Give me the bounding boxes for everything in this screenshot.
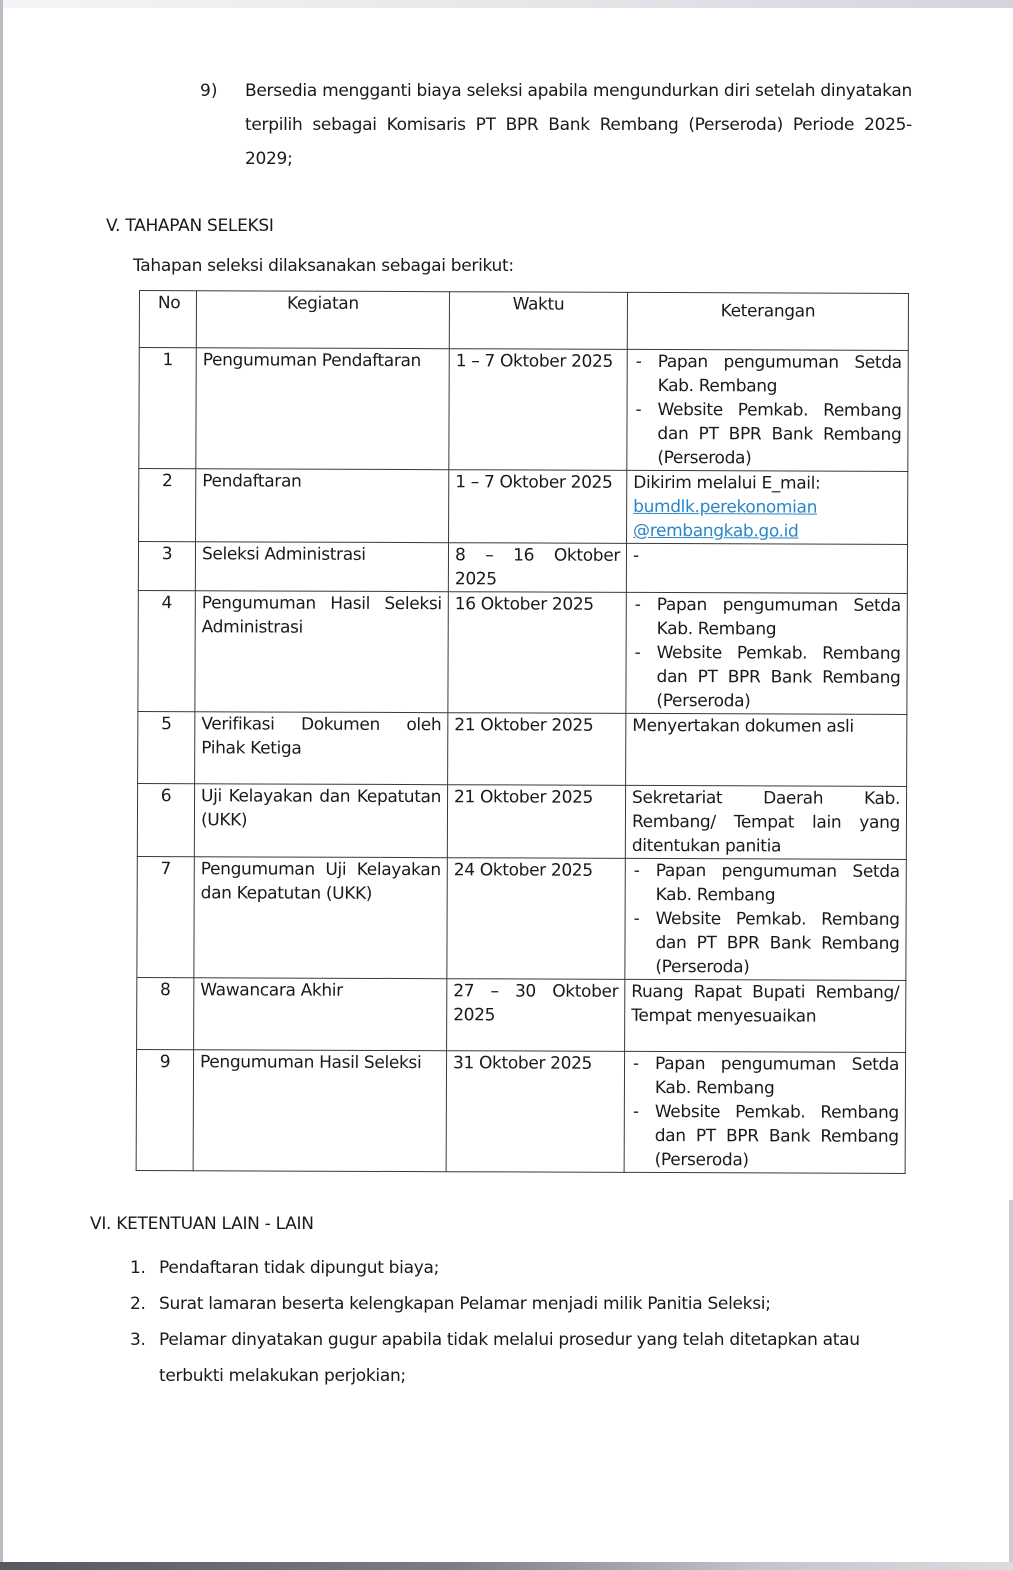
cell-kegiatan: Uji Kelayakan dan Kepatutan (UKK) (194, 784, 447, 858)
keterangan-text: Menyertakan dokumen asli (632, 714, 900, 739)
list-item: 1.Pendaftaran tidak dipungut biaya; (130, 1250, 910, 1286)
section-v-heading: V. TAHAPAN SELEKSI (106, 216, 274, 236)
cell-waktu: 21 Oktober 2025 (447, 785, 625, 859)
cell-kegiatan: Pengumuman Uji Kelayakan dan Kepatutan (… (194, 857, 447, 979)
table-row: 5Verifikasi Dokumen oleh Pihak Ketiga21 … (138, 711, 907, 786)
keterangan-bullet-list: Papan pengumuman Setda Kab. RembangWebsi… (631, 1052, 899, 1173)
cell-no: 1 (139, 348, 196, 469)
keterangan-bullet-list: Papan pengumuman Setda Kab. RembangWebsi… (632, 593, 900, 714)
header-waktu: Waktu (449, 292, 627, 350)
bullet-item: Papan pengumuman Setda Kab. Rembang (632, 859, 900, 908)
cell-keterangan: Papan pengumuman Setda Kab. RembangWebsi… (627, 349, 908, 471)
cell-keterangan: Ruang Rapat Bupati Rembang/ Tempat menye… (625, 979, 906, 1052)
table-row: 6Uji Kelayakan dan Kepatutan (UKK)21 Okt… (137, 783, 906, 859)
cell-no: 3 (138, 542, 195, 591)
cell-no: 2 (139, 469, 196, 542)
cell-waktu: 16 Oktober 2025 (448, 592, 626, 714)
cell-waktu: 8 – 16 Oktober 2025 (448, 543, 626, 593)
scan-edge-right (1009, 1200, 1013, 1570)
cell-no: 4 (138, 590, 195, 711)
cell-keterangan: Menyertakan dokumen asli (626, 713, 907, 786)
keterangan-text: Dikirim melalui E_mail: (633, 471, 901, 496)
cell-waktu: 31 Oktober 2025 (446, 1051, 624, 1173)
cell-no: 8 (137, 977, 194, 1049)
bullet-item: Website Pemkab. Rembang dan PT BPR Bank … (631, 907, 899, 980)
requirement-number: 9) (200, 74, 217, 108)
cell-waktu: 24 Oktober 2025 (447, 858, 625, 980)
list-item: 3.Pelamar dinyatakan gugur apabila tidak… (130, 1322, 910, 1394)
cell-kegiatan: Pengumuman Pendaftaran (196, 348, 449, 470)
cell-waktu: 1 – 7 Oktober 2025 (449, 349, 627, 471)
scan-edge-top (0, 0, 1013, 8)
table-header-row: No Kegiatan Waktu Keterangan (139, 291, 908, 351)
cell-kegiatan: Verifikasi Dokumen oleh Pihak Ketiga (195, 712, 448, 785)
header-keterangan: Keterangan (627, 292, 908, 350)
requirement-text: Bersedia mengganti biaya seleksi apabila… (245, 74, 912, 176)
cell-kegiatan: Pendaftaran (196, 469, 449, 543)
bullet-item: Website Pemkab. Rembang dan PT BPR Bank … (632, 641, 900, 714)
cell-kegiatan: Pengumuman Hasil Seleksi (193, 1050, 446, 1172)
table-row: 4Pengumuman Hasil Seleksi Administrasi16… (138, 590, 907, 714)
cell-keterangan: - (626, 543, 907, 593)
list-item: 2.Surat lamaran beserta kelengkapan Pela… (130, 1286, 910, 1322)
cell-waktu: 1 – 7 Oktober 2025 (449, 470, 627, 544)
keterangan-text: - (633, 544, 901, 569)
cell-kegiatan: Wawancara Akhir (194, 978, 447, 1051)
cell-no: 5 (138, 711, 195, 783)
cell-keterangan: Papan pengumuman Setda Kab. RembangWebsi… (624, 1051, 905, 1173)
bullet-item: Papan pengumuman Setda Kab. Rembang (631, 1052, 899, 1101)
cell-no: 6 (137, 783, 194, 856)
section-vi-heading: VI. KETENTUAN LAIN - LAIN (90, 1214, 314, 1234)
cell-keterangan: Papan pengumuman Setda Kab. RembangWebsi… (625, 858, 906, 980)
scan-edge-left (0, 0, 3, 1570)
scan-edge-bottom (0, 1562, 1013, 1570)
table-row: 3Seleksi Administrasi8 – 16 Oktober 2025… (138, 542, 907, 594)
cell-keterangan: Papan pengumuman Setda Kab. RembangWebsi… (626, 592, 907, 714)
bullet-item: Website Pemkab. Rembang dan PT BPR Bank … (633, 398, 901, 471)
keterangan-bullet-list: Papan pengumuman Setda Kab. RembangWebsi… (631, 859, 899, 980)
selection-schedule-table: No Kegiatan Waktu Keterangan 1Pengumuman… (136, 290, 909, 1174)
email-link[interactable]: bumdlk.perekonomian @rembangkab.go.id (633, 497, 817, 542)
cell-kegiatan: Pengumuman Hasil Seleksi Administrasi (195, 591, 448, 713)
cell-kegiatan: Seleksi Administrasi (195, 542, 448, 592)
header-no: No (139, 291, 196, 348)
other-provisions-list: 1.Pendaftaran tidak dipungut biaya; 2.Su… (130, 1250, 910, 1394)
table-row: 7Pengumuman Uji Kelayakan dan Kepatutan … (137, 856, 906, 980)
keterangan-text: Sekretariat Daerah Kab. Rembang/ Tempat … (632, 786, 900, 859)
keterangan-text: Ruang Rapat Bupati Rembang/ Tempat menye… (631, 980, 899, 1029)
section-v-intro: Tahapan seleksi dilaksanakan sebagai ber… (133, 256, 514, 276)
cell-waktu: 27 – 30 Oktober 2025 (447, 979, 625, 1052)
requirement-item-9: 9) Bersedia mengganti biaya seleksi apab… (200, 74, 912, 176)
cell-keterangan: Dikirim melalui E_mail:bumdlk.perekonomi… (627, 470, 908, 544)
table-body: 1Pengumuman Pendaftaran1 – 7 Oktober 202… (136, 348, 908, 1174)
keterangan-bullet-list: Papan pengumuman Setda Kab. RembangWebsi… (633, 350, 901, 471)
table-row: 1Pengumuman Pendaftaran1 – 7 Oktober 202… (139, 348, 908, 472)
table-row: 2Pendaftaran1 – 7 Oktober 2025Dikirim me… (139, 469, 908, 545)
cell-keterangan: Sekretariat Daerah Kab. Rembang/ Tempat … (625, 785, 906, 859)
cell-no: 7 (137, 856, 194, 977)
bullet-item: Papan pengumuman Setda Kab. Rembang (634, 350, 902, 399)
table-row: 8Wawancara Akhir27 – 30 Oktober 2025Ruan… (137, 977, 906, 1052)
cell-no: 9 (136, 1049, 193, 1170)
table-row: 9Pengumuman Hasil Seleksi31 Oktober 2025… (136, 1049, 905, 1173)
cell-waktu: 21 Oktober 2025 (448, 713, 626, 786)
bullet-item: Website Pemkab. Rembang dan PT BPR Bank … (631, 1100, 899, 1173)
bullet-item: Papan pengumuman Setda Kab. Rembang (633, 593, 901, 642)
header-kegiatan: Kegiatan (196, 291, 449, 349)
